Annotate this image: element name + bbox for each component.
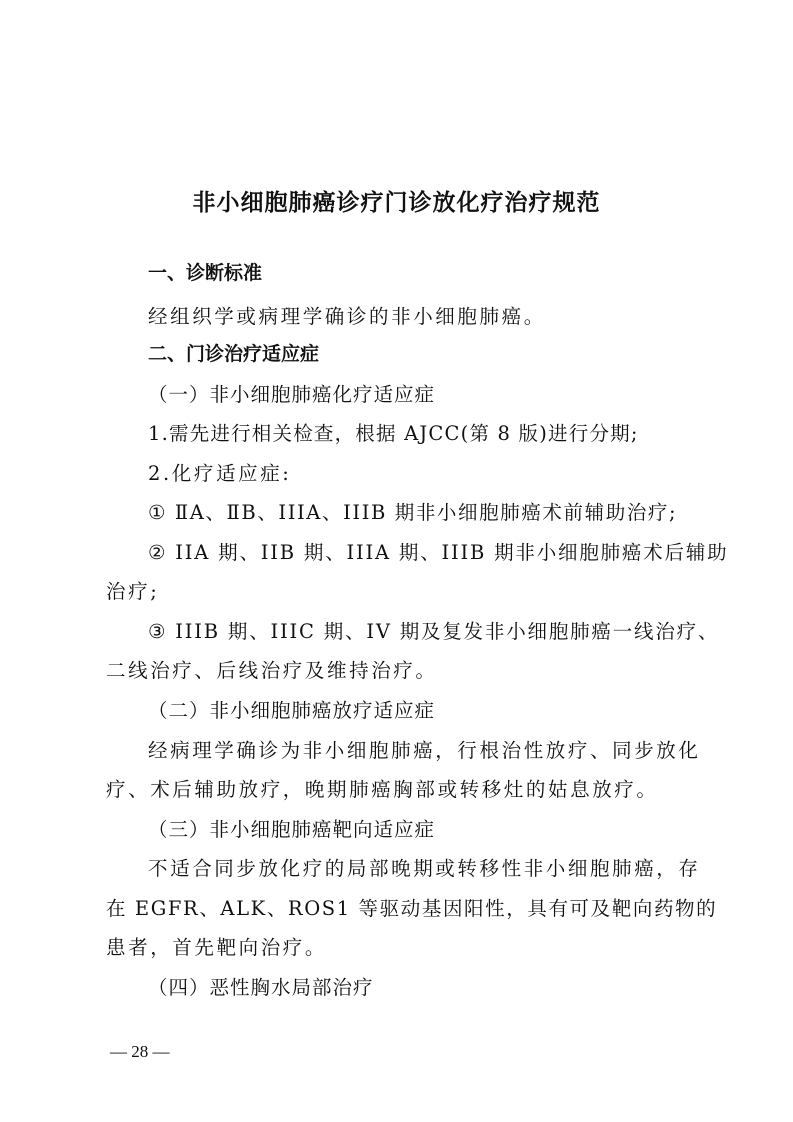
subheading-targeted: （三）非小细胞肺癌靶向适应症	[148, 820, 435, 840]
subheading-chemo: （一）非小细胞肺癌化疗适应症	[148, 385, 435, 405]
paragraph-continuation: 患者，首先靶向治疗。	[106, 938, 327, 958]
paragraph: 2.化疗适应症:	[148, 464, 291, 484]
section-heading-diagnosis: 一、诊断标准	[148, 264, 262, 283]
list-item-continuation: 二线治疗、后线治疗及维持治疗。	[106, 661, 438, 681]
document-title: 非小细胞肺癌诊疗门诊放化疗治疗规范	[0, 184, 793, 217]
paragraph: 不适合同步放化疗的局部晚期或转移性非小细胞肺癌，存	[148, 859, 701, 879]
subheading-pleural-effusion: （四）恶性胸水局部治疗	[148, 978, 374, 998]
page-number: — 28 —	[110, 1042, 170, 1062]
list-item: ② IIA 期、IIB 期、IIIA 期、IIIB 期非小细胞肺癌术后辅助	[148, 543, 728, 563]
list-item: ③ IIIB 期、IIIC 期、IV 期及复发非小细胞肺癌一线治疗、	[148, 622, 719, 642]
paragraph: 经组织学或病理学确诊的非小细胞肺癌。	[148, 307, 546, 327]
list-item-continuation: 治疗;	[106, 582, 159, 602]
paragraph: 经病理学确诊为非小细胞肺癌，行根治性放疗、同步放化	[148, 741, 701, 761]
list-item: ① ⅡA、ⅡB、IIIA、IIIB 期非小细胞肺癌术前辅助治疗;	[148, 503, 677, 523]
paragraph-continuation: 疗、术后辅助放疗，晚期肺癌胸部或转移灶的姑息放疗。	[106, 780, 659, 800]
section-heading-indications: 二、门诊治疗适应症	[148, 345, 319, 364]
paragraph: 1.需先进行相关检查，根据 AJCC(第 8 版)进行分期;	[148, 424, 639, 444]
subheading-radiotherapy: （二）非小细胞肺癌放疗适应症	[148, 701, 435, 721]
paragraph-continuation: 在 EGFR、ALK、ROS1 等驱动基因阳性，具有可及靶向药物的	[106, 899, 717, 919]
